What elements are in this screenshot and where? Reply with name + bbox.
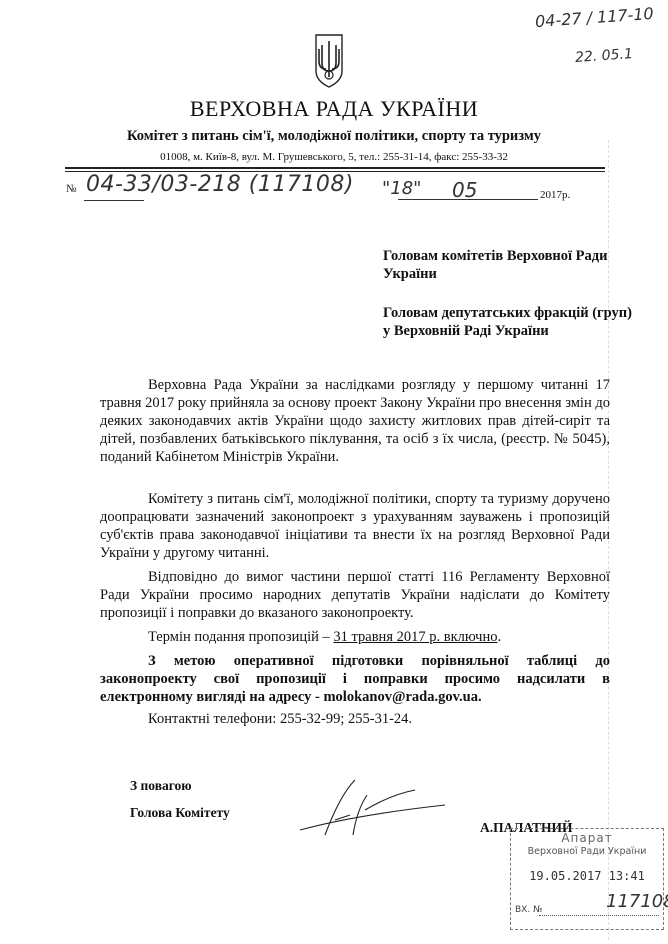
- addressee-factions: Головам депутатських фракцій (груп) у Ве…: [383, 304, 633, 340]
- signatory-position: Голова Комітету: [130, 805, 230, 821]
- paragraph-contacts: Контактні телефони: 255-32-99; 255-31-24…: [100, 710, 610, 728]
- paragraph-email-instructions: З метою оперативної підготовки порівняль…: [100, 652, 610, 706]
- registration-stamp: Апарат Верховної Ради України 19.05.2017…: [510, 828, 664, 930]
- stamp-line-apparatus: Апарат: [511, 831, 663, 845]
- stamp-dotted-line: [539, 915, 659, 916]
- stamp-incoming-number: 117108: [606, 891, 668, 912]
- parliament-title: ВЕРХОВНА РАДА УКРАЇНИ: [0, 96, 668, 122]
- trident-icon: [314, 33, 344, 89]
- outgoing-number-value: 04-33/03-218 (117108): [86, 172, 354, 197]
- deadline-date: 31 травня 2017 р. включно: [333, 629, 497, 645]
- stamp-line-parliament: Верховної Ради України: [511, 846, 663, 857]
- signature-icon: [295, 775, 455, 845]
- paragraph-deadline: Термін подання пропозицій – 31 травня 20…: [100, 628, 610, 646]
- deadline-suffix: .: [497, 629, 501, 645]
- handwritten-registration-ref: 04-27 / 117-10: [534, 4, 654, 31]
- handwritten-registration-date: 22. 05.1: [575, 46, 634, 66]
- deadline-prefix: Термін подання пропозицій –: [148, 629, 333, 645]
- outgoing-number-label: №: [66, 183, 77, 195]
- date-year: 2017р.: [540, 189, 570, 201]
- paragraph-committee-task: Комітету з питань сім'ї, молодіжної полі…: [100, 490, 610, 562]
- date-month: 05: [452, 178, 477, 202]
- header-divider: [65, 167, 605, 169]
- stamp-incoming-label: ВХ. №: [515, 905, 542, 915]
- paragraph-request: Відповідно до вимог частини першої статт…: [100, 568, 610, 622]
- committee-name: Комітет з питань сім'ї, молодіжної політ…: [0, 128, 668, 145]
- closing-regards: З повагою: [130, 778, 192, 794]
- number-underline: [84, 200, 144, 201]
- date-day: "18": [382, 178, 421, 199]
- addressee-committees: Головам комітетів Верховної Ради України: [383, 247, 633, 283]
- paragraph-adoption: Верховна Рада України за наслідками розг…: [100, 376, 610, 466]
- stamp-datetime: 19.05.2017 13:41: [511, 869, 663, 883]
- committee-address: 01008, м. Київ-8, вул. М. Грушевського, …: [0, 151, 668, 163]
